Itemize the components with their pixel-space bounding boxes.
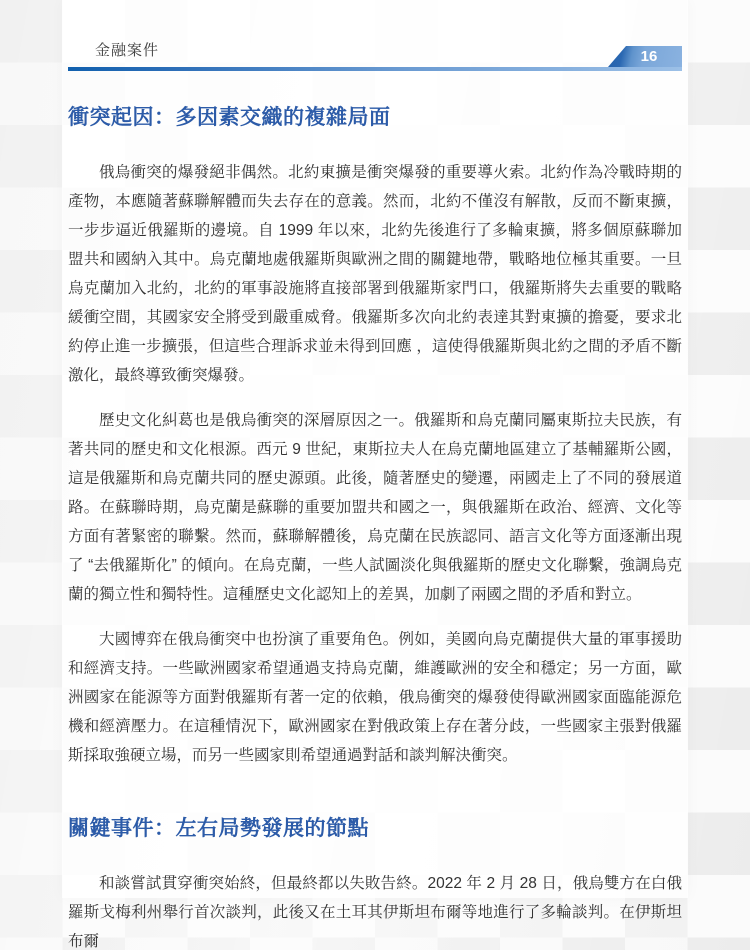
- document-sheet: 金融案件 16 衝突起因：多因素交織的複雜局面 俄烏衝突的爆發絕非偶然。北約東擴…: [62, 0, 688, 898]
- paragraph: 大國博弈在俄烏衝突中也扮演了重要角色。例如，美國向烏克蘭提供大量的軍事援助和經濟…: [68, 625, 682, 770]
- paragraph: 和談嘗試貫穿衝突始終，但最終都以失敗告終。2022 年 2 月 28 日，俄烏雙…: [68, 869, 682, 950]
- section-heading: 關鍵事件：左右局勢發展的節點: [68, 815, 682, 843]
- paragraph: 俄烏衝突的爆發絕非偶然。北約東擴是衝突爆發的重要導火索。北約作為冷戰時期的產物，…: [68, 158, 682, 390]
- page-number: 16: [633, 48, 658, 65]
- header-label: 金融案件: [95, 39, 159, 60]
- page-number-badge: 16: [608, 46, 682, 67]
- header-divider: [68, 67, 682, 72]
- section-heading: 衝突起因：多因素交織的複雜局面: [68, 104, 682, 132]
- document-body: 衝突起因：多因素交織的複雜局面 俄烏衝突的爆發絕非偶然。北約東擴是衝突爆發的重要…: [68, 104, 682, 950]
- section-key-events: 關鍵事件：左右局勢發展的節點 和談嘗試貫穿衝突始終，但最終都以失敗告終。2022…: [68, 815, 682, 950]
- paragraph: 歷史文化糾葛也是俄烏衝突的深層原因之一。俄羅斯和烏克蘭同屬東斯拉夫民族，有著共同…: [68, 406, 682, 609]
- section-conflict-causes: 衝突起因：多因素交織的複雜局面 俄烏衝突的爆發絕非偶然。北約東擴是衝突爆發的重要…: [68, 104, 682, 770]
- page-header: 金融案件 16: [68, 0, 682, 71]
